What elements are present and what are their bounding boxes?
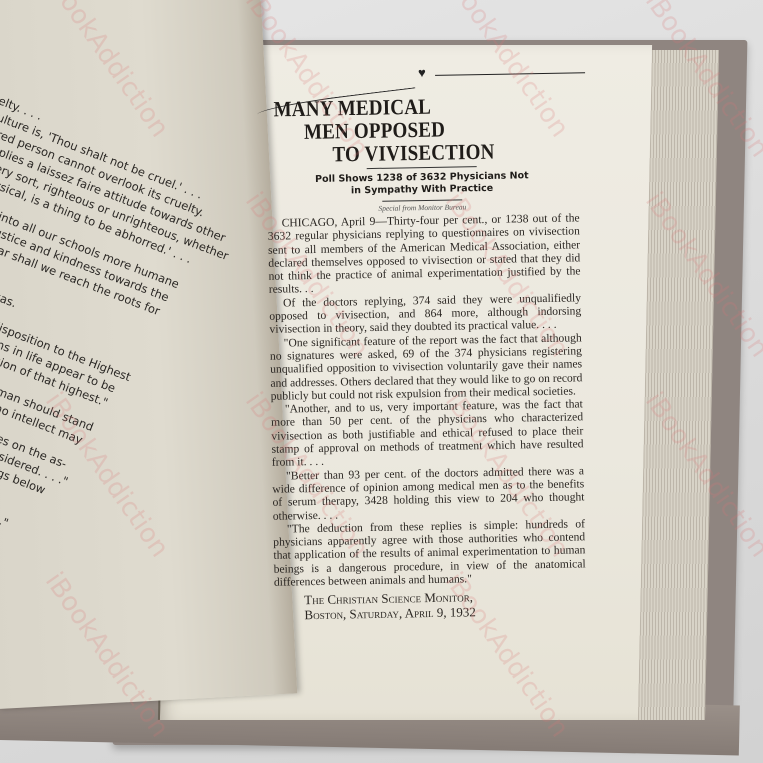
left-page-text: cruelty. . . . of Culture is, 'Thou shal… <box>0 86 284 593</box>
headline-divider <box>367 166 477 169</box>
article-paragraph: "One significant feature of the report w… <box>270 331 583 403</box>
article-paragraph: Of the doctors replying, 374 said they w… <box>269 291 582 336</box>
rule-right-line <box>435 72 585 76</box>
article-paragraph: "Another, and to us, very important feat… <box>271 397 584 469</box>
article-headline: MANY MEDICAL MEN OPPOSED TO VIVISECTION <box>255 94 586 169</box>
article-source: The Christian Science Monitor, Boston, S… <box>264 587 594 623</box>
newspaper-article: ♥ MANY MEDICAL MEN OPPOSED TO VIVISECTIO… <box>255 66 595 623</box>
article-paragraph: "Better than 93 per cent. of the doctors… <box>272 464 585 523</box>
heart-ornament-icon: ♥ <box>418 65 426 81</box>
article-subhead: Poll Shows 1238 of 3632 Physicians Not i… <box>257 169 587 199</box>
left-page: cruelty. . . . of Culture is, 'Thou shal… <box>0 0 297 709</box>
article-paragraph: CHICAGO, April 9—Thirty-four per cent., … <box>268 211 581 296</box>
article-paragraph: "The deduction from these replies is sim… <box>273 517 586 589</box>
subhead-divider <box>382 199 462 201</box>
article-body: CHICAGO, April 9—Thirty-four per cent., … <box>258 211 594 589</box>
